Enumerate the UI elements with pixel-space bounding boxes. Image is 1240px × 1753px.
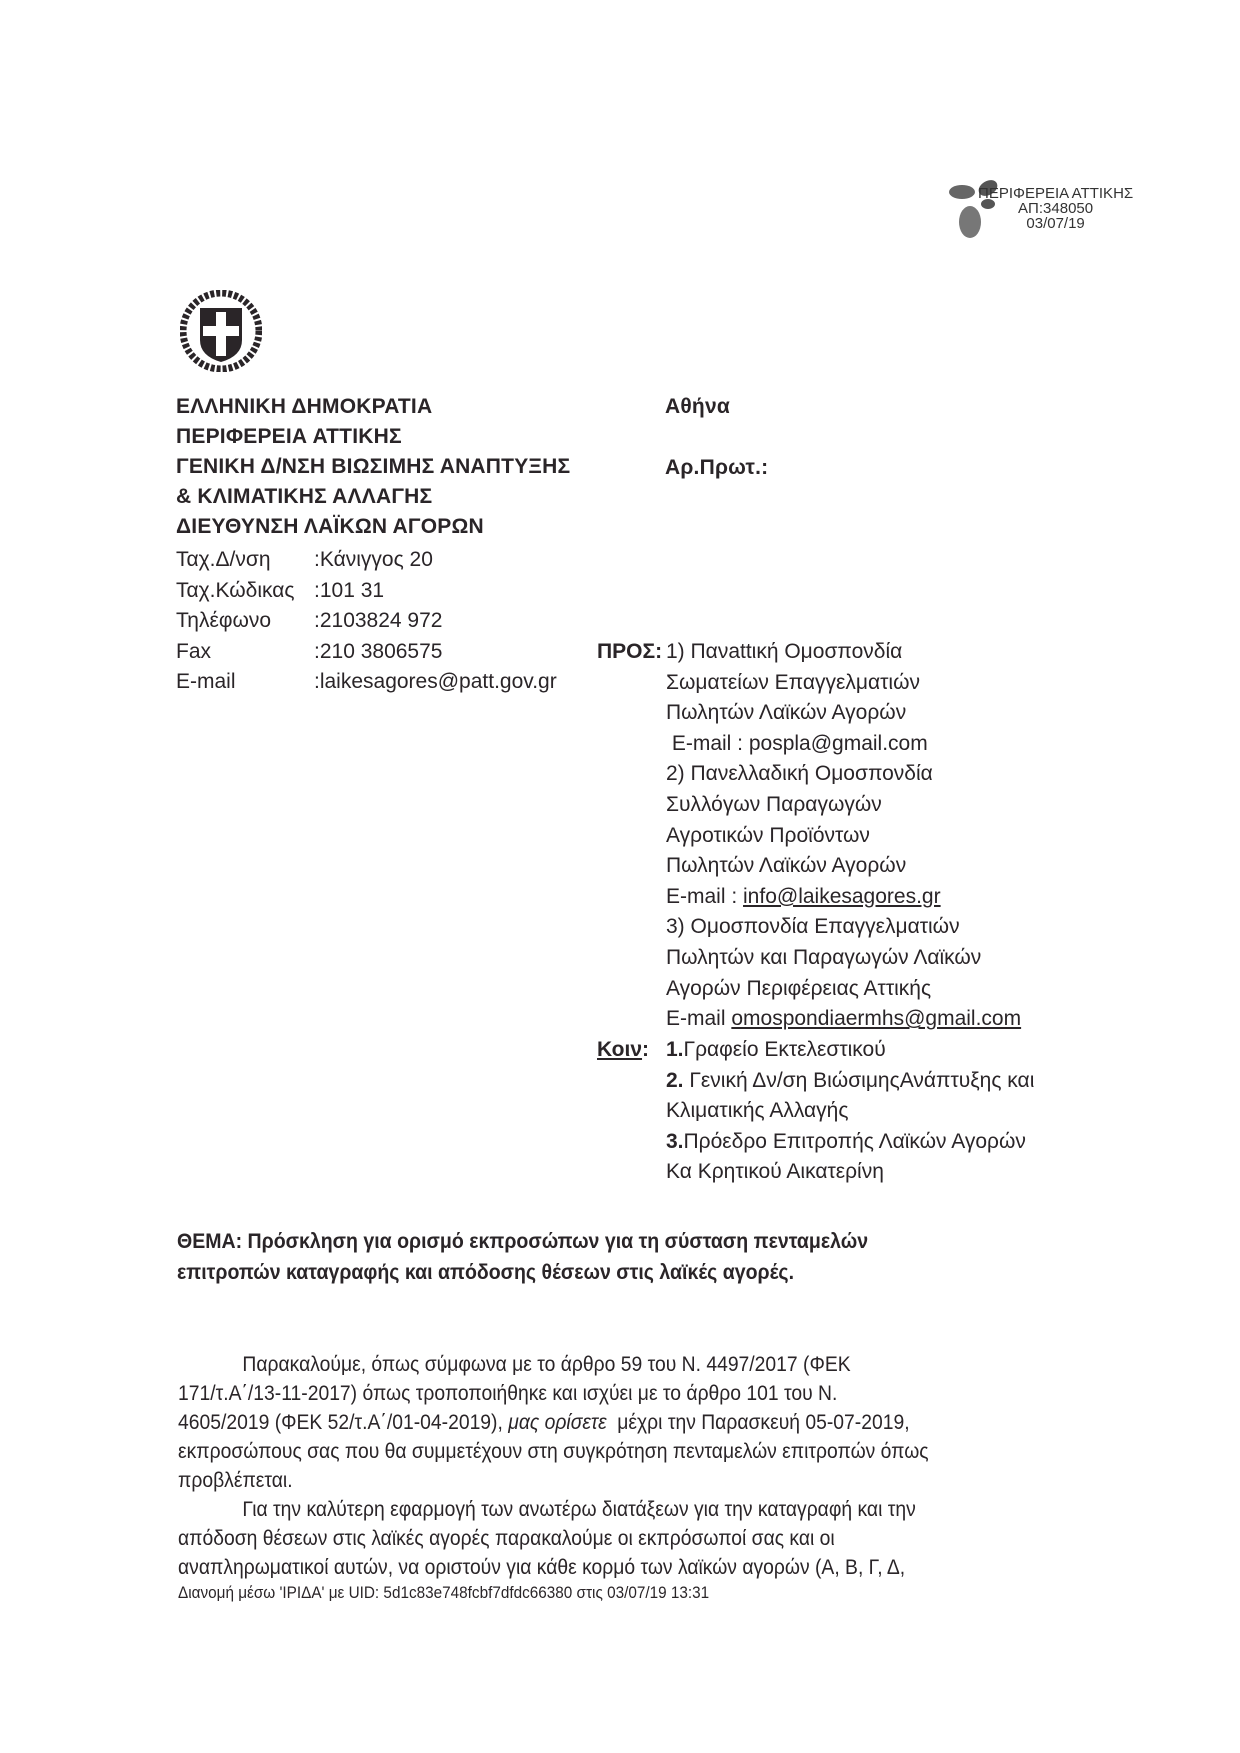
recipient-email-link[interactable]: info@laikesagores.gr (743, 885, 941, 908)
recipient-email-row: E-mail omospondiaermhs@gmail.com (666, 1004, 1021, 1035)
body-line: Παρακαλούμε, όπως σύμφωνα με το άρθρο 59… (178, 1350, 1080, 1379)
recipient-line: Συλλόγων Παραγωγών (666, 790, 1021, 821)
body-line: 171/τ.Α΄/13-11-2017) όπως τροποποιήθηκε … (178, 1379, 1080, 1408)
body-line: 4605/2019 (ΦΕΚ 52/τ.Α΄/01-04-2019), μας … (178, 1408, 1080, 1437)
recipient-line: 2) Πανελλαδική Ομοσπονδία (666, 759, 1021, 790)
cc-item: Κλιματικής Αλλαγής (666, 1096, 1034, 1127)
issuer-header: ΕΛΛΗΝΙΚΗ ΔΗΜΟΚΡΑΤΙΑ ΠΕΡΙΦΕΡΕΙΑ ΑΤΤΙΚΗΣ Γ… (176, 392, 570, 542)
cc-item: 2. Γενική Δν/ση ΒιώσιμηςΑνάπτυξης και (666, 1066, 1034, 1097)
cc-item: 1.Γραφείο Εκτελεστικού (666, 1035, 1034, 1066)
contact-address: Ταχ.Δ/νση:Κάνιγγος 20 (176, 545, 557, 576)
subject-line: επιτροπών καταγραφής και απόδοσης θέσεων… (177, 1257, 868, 1288)
body-line: εκπροσώπους σας που θα συμμετέχουν στη σ… (178, 1437, 1080, 1466)
recipient-line: Πωλητών και Παραγωγών Λαϊκών (666, 943, 1021, 974)
body-line: προβλέπεται. (178, 1466, 1080, 1495)
body-paragraph-1: Παρακαλούμε, όπως σύμφωνα με το άρθρο 59… (178, 1350, 1080, 1495)
recipient-email-row: E-mail : info@laikesagores.gr (666, 882, 1021, 913)
contact-phone: Τηλέφωνο:2103824 972 (176, 606, 557, 637)
recipient-line: Πωλητών Λαϊκών Αγορών (666, 851, 1021, 882)
header-line: ΕΛΛΗΝΙΚΗ ΔΗΜΟΚΡΑΤΙΑ (176, 392, 570, 422)
header-line: ΠΕΡΙΦΕΡΕΙΑ ΑΤΤΙΚΗΣ (176, 422, 570, 452)
body-line: αναπληρωματικοί αυτών, να οριστούν για κ… (178, 1553, 1080, 1582)
body-line: Για την καλύτερη εφαρμογή των ανωτέρω δι… (178, 1495, 1080, 1524)
contact-fax: Fax:210 3806575 (176, 637, 557, 668)
recipient-line: Σωματείων Επαγγελματιών (666, 668, 1021, 699)
greek-coat-of-arms-icon (180, 290, 262, 372)
stamp-date: 03/07/19 (978, 216, 1133, 231)
contact-block: Ταχ.Δ/νση:Κάνιγγος 20 Ταχ.Κώδικας:101 31… (176, 545, 557, 698)
subject: ΘΕΜΑ: Πρόσκληση για ορισμό εκπροσώπων γι… (177, 1226, 868, 1288)
recipients-list: 1) Πανattική Ομοσπονδία Σωματείων Επαγγε… (666, 637, 1021, 1035)
recipients-label: ΠΡΟΣ: (597, 637, 662, 668)
body-paragraph-2: Για την καλύτερη εφαρμογή των ανωτέρω δι… (178, 1495, 1080, 1582)
recipient-email-link[interactable]: omospondiaermhs@gmail.com (731, 1007, 1021, 1030)
header-line: ΔΙΕΥΘΥΝΣΗ ΛΑΪΚΩΝ ΑΓΟΡΩΝ (176, 512, 570, 542)
recipient-line: Αγροτικών Προϊόντων (666, 821, 1021, 852)
header-line: ΓΕΝΙΚΗ Δ/ΝΣΗ ΒΙΩΣΙΜΗΣ ΑΝΑΠΤΥΞΗΣ (176, 452, 570, 482)
distribution-footer: Διανομή μέσω 'ΙΡΙΔΑ' με UID: 5d1c83e748f… (178, 1583, 709, 1603)
recipient-line: 1) Πανattική Ομοσπονδία (666, 637, 1021, 668)
contact-postcode: Ταχ.Κώδικας:101 31 (176, 576, 557, 607)
cc-item: Κα Κρητικού Αικατερίνη (666, 1157, 1034, 1188)
stamp-protocol-number: ΑΠ:348050 (978, 201, 1133, 216)
cc-list: 1.Γραφείο Εκτελεστικού 2. Γενική Δν/ση Β… (666, 1035, 1034, 1188)
cc-label: Κοιν: (597, 1035, 649, 1066)
recipient-line: Πωλητών Λαϊκών Αγορών (666, 698, 1021, 729)
recipient-line: 3) Ομοσπονδία Επαγγελματιών (666, 912, 1021, 943)
body-line: απόδοση θέσεων στις λαϊκές αγορές παρακα… (178, 1524, 1080, 1553)
recipient-line: Αγορών Περιφέρειας Αττικής (666, 974, 1021, 1005)
recipient-email[interactable]: E-mail : pospla@gmail.com (666, 729, 1021, 760)
stamp-region: ΠΕΡΙΦΕΡΕΙΑ ΑΤΤΙΚΗΣ (978, 186, 1133, 201)
cc-item: 3.Πρόεδρο Επιτροπής Λαϊκών Αγορών (666, 1127, 1034, 1158)
protocol-label: Αρ.Πρωτ.: (665, 453, 768, 483)
contact-email: E-mail:laikesagores@patt.gov.gr (176, 667, 557, 698)
stamp-text: ΠΕΡΙΦΕΡΕΙΑ ΑΤΤΙΚΗΣ ΑΠ:348050 03/07/19 (978, 186, 1133, 231)
header-line: & ΚΛΙΜΑΤΙΚΗΣ ΑΛΛΑΓΗΣ (176, 482, 570, 512)
city: Αθήνα (665, 392, 730, 422)
subject-line: ΘΕΜΑ: Πρόσκληση για ορισμό εκπροσώπων γι… (177, 1226, 868, 1257)
protocol-stamp: ΠΕΡΙΦΕΡΕΙΑ ΑΤΤΙΚΗΣ ΑΠ:348050 03/07/19 (948, 178, 1168, 248)
